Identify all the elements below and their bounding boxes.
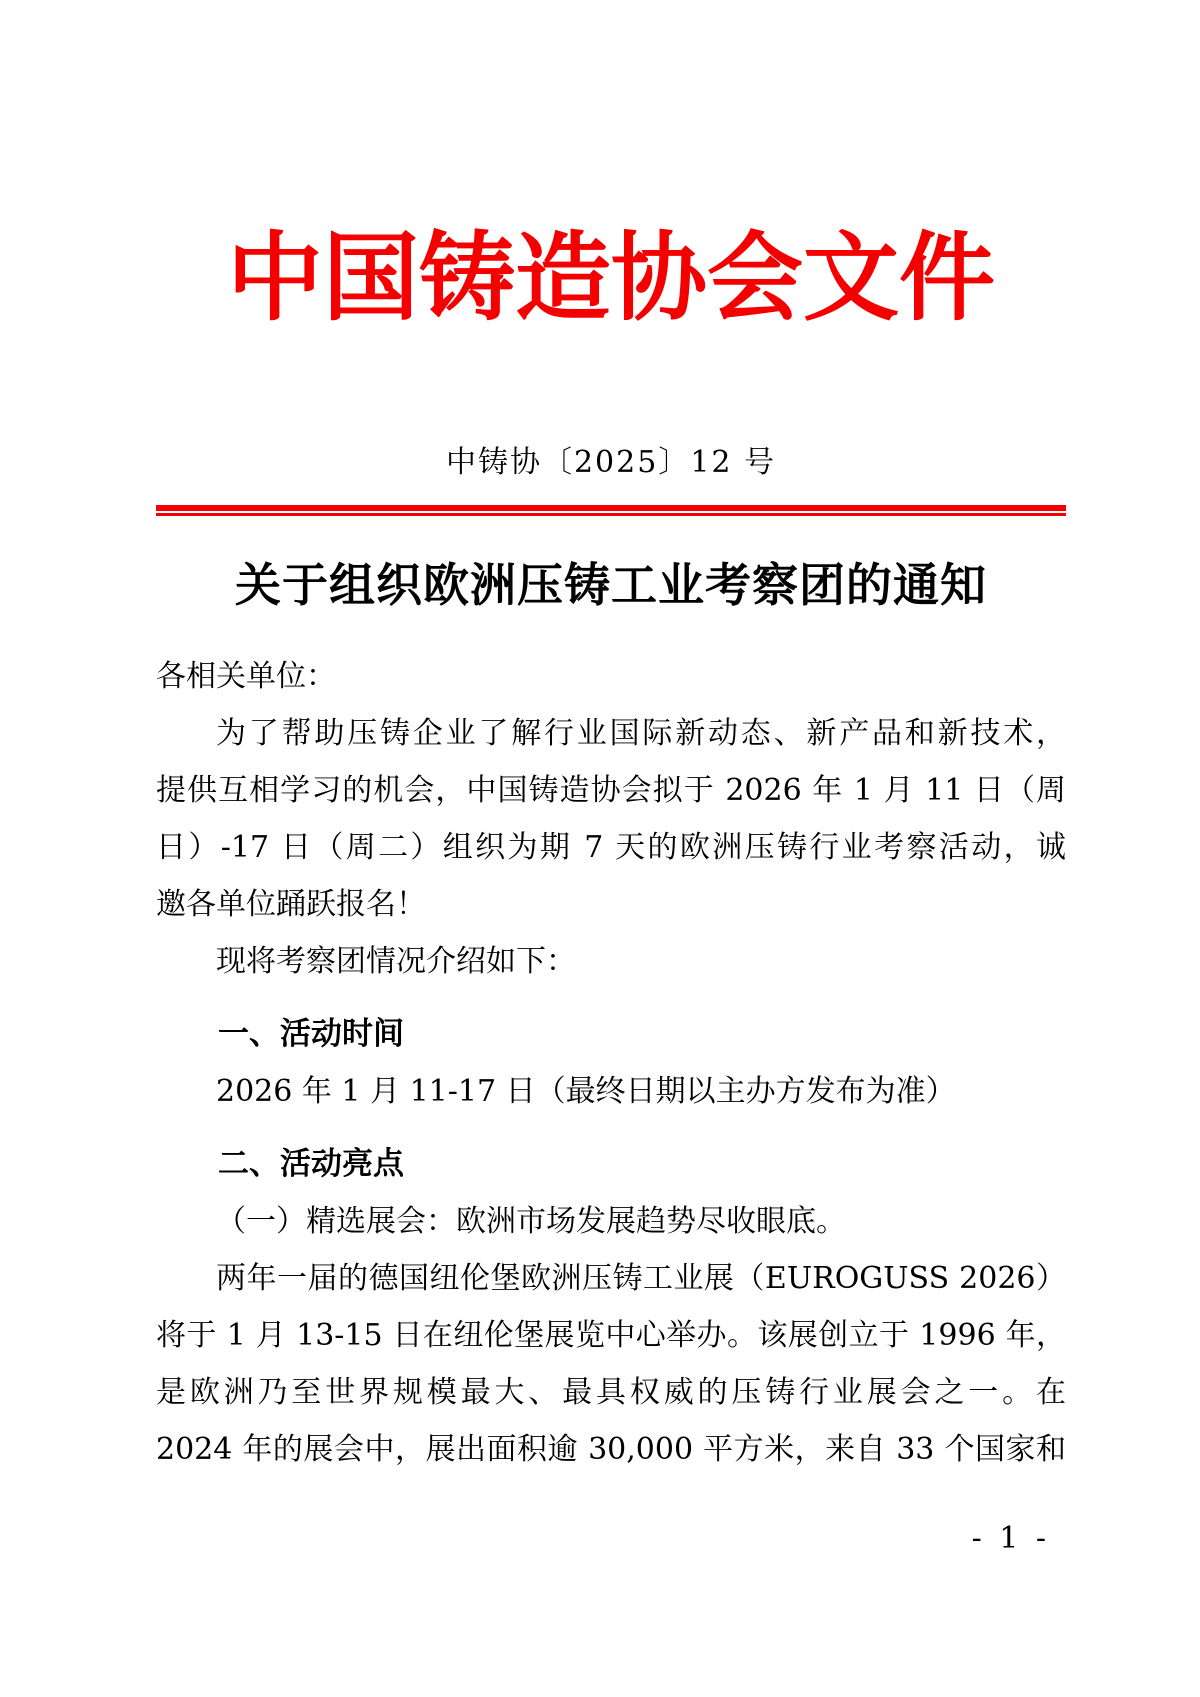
- red-divider-thin-bar: [156, 513, 1066, 516]
- body-line: 2024 年的展会中，展出面积逾 30,000 平方米，来自 33 个国家和: [156, 1421, 1066, 1478]
- page-number: - 1 -: [972, 1522, 1050, 1556]
- body-line: 邀各单位踊跃报名！: [156, 876, 1066, 933]
- body-line: 将于 1 月 13-15 日在纽伦堡展览中心举办。该展创立于 1996 年，: [156, 1307, 1066, 1364]
- document-page: 中国铸造协会文件 中铸协〔2025〕12 号 关于组织欧洲压铸工业考察团的通知 …: [0, 0, 1200, 1697]
- body-line: 现将考察团情况介绍如下：: [156, 933, 1066, 990]
- document-body: 各相关单位： 为了帮助压铸企业了解行业国际新动态、新产品和新技术， 提供互相学习…: [156, 648, 1066, 1478]
- notice-title: 关于组织欧洲压铸工业考察团的通知: [156, 557, 1066, 614]
- salutation-line: 各相关单位：: [156, 648, 1066, 705]
- body-line: （一）精选展会：欧洲市场发展趋势尽收眼底。: [156, 1193, 1066, 1250]
- body-line: 两年一届的德国纽伦堡欧洲压铸工业展（EUROGUSS 2026）: [156, 1250, 1066, 1307]
- org-letterhead-title: 中国铸造协会文件: [156, 225, 1066, 331]
- body-line: 提供互相学习的机会，中国铸造协会拟于 2026 年 1 月 11 日（周: [156, 762, 1066, 819]
- body-line: 为了帮助压铸企业了解行业国际新动态、新产品和新技术，: [156, 705, 1066, 762]
- document-number: 中铸协〔2025〕12 号: [156, 447, 1066, 479]
- body-line: 2026 年 1 月 11-17 日（最终日期以主办方发布为准）: [156, 1063, 1066, 1120]
- red-divider-line: [156, 505, 1066, 516]
- body-line: 日）-17 日（周二）组织为期 7 天的欧洲压铸行业考察活动，诚: [156, 819, 1066, 876]
- section-heading-activity-time: 一、活动时间: [156, 1006, 1066, 1063]
- body-line: 是欧洲乃至世界规模最大、最具权威的压铸行业展会之一。在: [156, 1364, 1066, 1421]
- section-heading-activity-highlights: 二、活动亮点: [156, 1136, 1066, 1193]
